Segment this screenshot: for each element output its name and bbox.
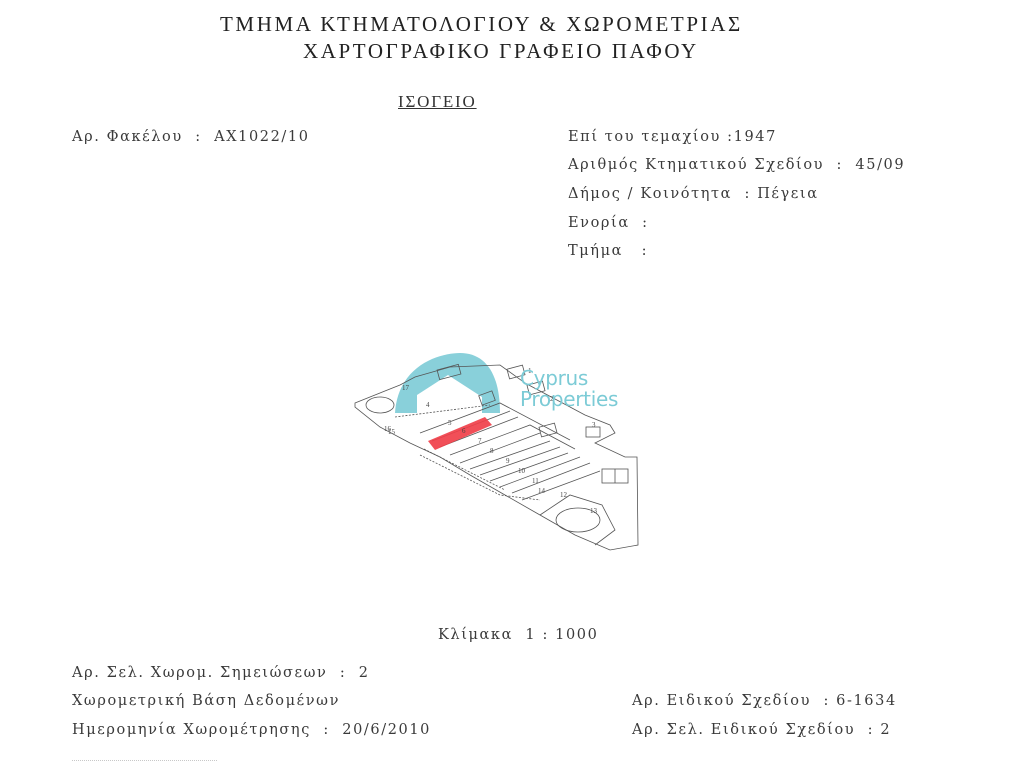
municipality-label: Δήμος / Κοινότητα — [568, 186, 732, 202]
cadastral-plan-label: Αριθμός Κτηματικού Σχεδίου — [568, 157, 824, 173]
cadastral-plan-value: 45/09 — [855, 157, 905, 173]
cut-off-text-line — [72, 760, 217, 763]
section-field: Τμήμα : — [568, 243, 648, 259]
watermark-line1: Cyprus — [520, 368, 618, 389]
municipality-field: Δήμος / Κοινότητα : Πέγεια — [568, 186, 819, 202]
svg-text:16: 16 — [384, 425, 392, 433]
cadastral-plan-field: Αριθμός Κτηματικού Σχεδίου : 45/09 — [568, 157, 905, 173]
svg-text:4: 4 — [426, 401, 430, 409]
special-plan-pages: Αρ. Σελ. Ειδικού Σχεδίου : 2 — [632, 722, 891, 738]
section-label: Τμήμα — [568, 243, 623, 259]
survey-database-label: Χωρομετρική Βάση Δεδομένων — [72, 693, 340, 709]
svg-text:13: 13 — [590, 507, 598, 515]
scale: Κλίμακα 1 : 1000 — [438, 627, 598, 643]
survey-notes-pages: Αρ. Σελ. Χωρομ. Σημειώσεων : 2 — [72, 665, 370, 681]
svg-text:3: 3 — [592, 421, 596, 429]
survey-date-label: Ημερομηνία Χωρομέτρησης — [72, 722, 311, 738]
svg-text:14: 14 — [538, 487, 546, 495]
office-title: ΧΑΡΤΟΓΡΑΦΙΚΟ ΓΡΑΦΕΙΟ ΠΑΦΟΥ — [303, 39, 699, 64]
file-number-value: ΑΧ1022/10 — [214, 129, 309, 145]
watermark-logo: Cyprus Properties — [520, 368, 618, 410]
special-plan-number-label: Αρ. Ειδικού Σχεδίου — [632, 693, 811, 709]
watermark-line2: Properties — [520, 389, 618, 410]
survey-date: Ημερομηνία Χωρομέτρησης : 20/6/2010 — [72, 722, 431, 738]
survey-notes-pages-value: 2 — [359, 665, 370, 681]
svg-text:9: 9 — [506, 457, 510, 465]
svg-text:5: 5 — [448, 419, 452, 427]
parcel-field: Επί του τεμαχίου :1947 — [568, 129, 777, 145]
svg-text:10: 10 — [518, 467, 526, 475]
special-plan-pages-label: Αρ. Σελ. Ειδικού Σχεδίου — [632, 722, 855, 738]
survey-date-value: 20/6/2010 — [342, 722, 431, 738]
department-title: ΤΜΗΜΑ ΚΤΗΜΑΤΟΛΟΓΙΟΥ & ΧΩΡΟΜΕΤΡΙΑΣ — [220, 12, 743, 37]
parish-label: Ενορία — [568, 215, 630, 231]
special-plan-number-value: 6-1634 — [836, 693, 897, 709]
svg-text:7: 7 — [478, 437, 482, 445]
svg-text:6: 6 — [462, 427, 466, 435]
svg-text:8: 8 — [490, 447, 494, 455]
survey-database: Χωρομετρική Βάση Δεδομένων — [72, 693, 340, 709]
file-number-label: Αρ. Φακέλου — [72, 129, 183, 145]
scale-label: Κλίμακα — [438, 627, 513, 643]
parcel-value: 1947 — [734, 129, 777, 145]
file-number: Αρ. Φακέλου : ΑΧ1022/10 — [72, 129, 310, 145]
svg-text:11: 11 — [532, 477, 539, 485]
municipality-value: Πέγεια — [757, 186, 818, 202]
svg-text:12: 12 — [560, 491, 568, 499]
special-plan-number: Αρ. Ειδικού Σχεδίου : 6-1634 — [632, 693, 897, 709]
parcel-label: Επί του τεμαχίου — [568, 129, 721, 145]
floor-label: ΙΣΟΓΕΙΟ — [398, 92, 477, 112]
survey-notes-pages-label: Αρ. Σελ. Χωρομ. Σημειώσεων — [72, 665, 327, 681]
scale-value: 1 : 1000 — [525, 627, 598, 643]
highlighted-unit-6 — [428, 417, 492, 450]
svg-text:17: 17 — [402, 384, 410, 392]
special-plan-pages-value: 2 — [880, 722, 891, 738]
parish-field: Ενορία : — [568, 215, 649, 231]
